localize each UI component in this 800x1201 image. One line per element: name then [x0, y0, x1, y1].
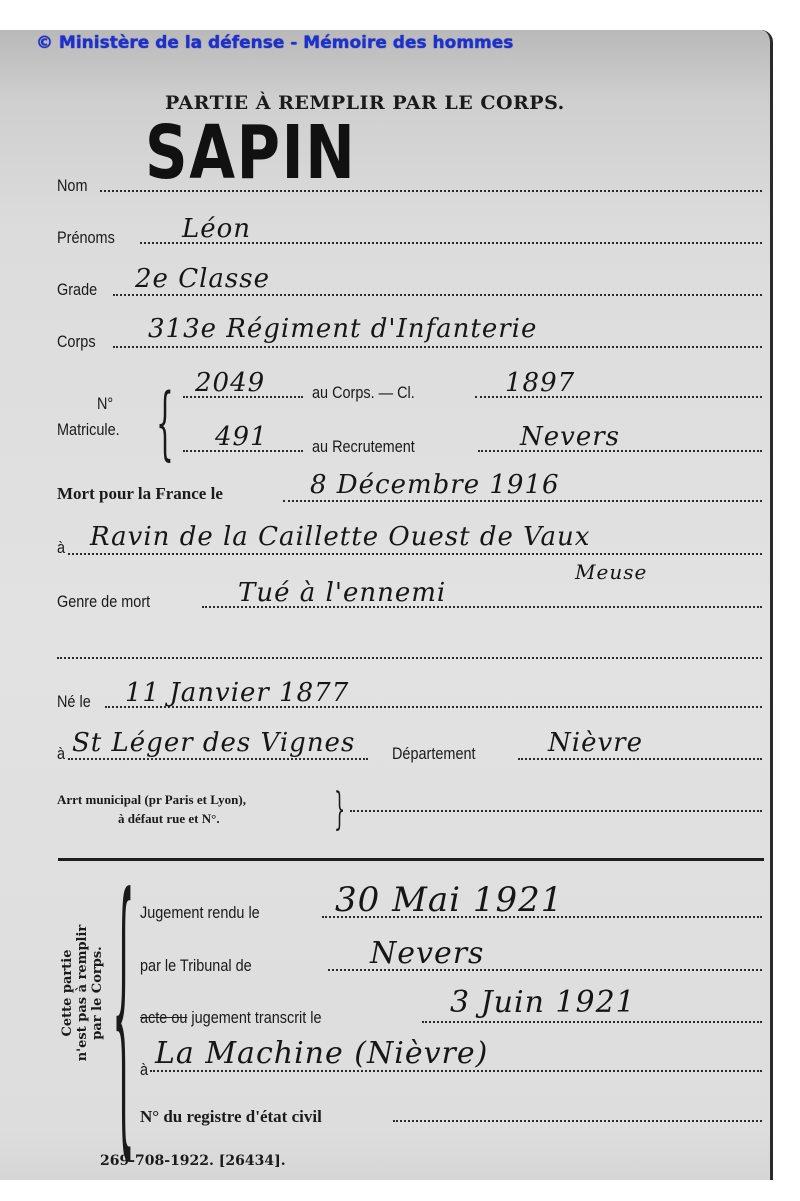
- recrutement-value: Nevers: [520, 422, 620, 452]
- transcrit-struck-text: acte ou: [140, 1008, 187, 1027]
- jugement-rendu-date: 30 Mai 1921: [335, 880, 563, 920]
- registre-line: [393, 1120, 762, 1122]
- side-note-line-1: Cette partie: [60, 908, 75, 1078]
- transcrit-label-row: acte ou jugement transcrit le: [140, 1008, 322, 1028]
- departement-value: Nièvre: [548, 728, 643, 758]
- corps-value: 313e Régiment d'Infanterie: [148, 314, 537, 344]
- naissance-lieu: St Léger des Vignes: [72, 728, 355, 758]
- genre-de-mort-label: Genre de mort: [57, 592, 150, 612]
- transcrit-line: [422, 1021, 762, 1023]
- jugement-brace: {: [112, 880, 135, 1140]
- mort-lieu-annotation: Meuse: [575, 560, 647, 584]
- naissance-date: 11 Janvier 1877: [125, 678, 349, 708]
- corps-cl-label: au Corps. — Cl.: [312, 383, 415, 403]
- transcrit-date: 3 Juin 1921: [450, 985, 636, 1020]
- prenoms-value: Léon: [182, 214, 251, 244]
- mort-lieu-label: à: [57, 538, 65, 558]
- mort-date: 8 Décembre 1916: [310, 470, 560, 500]
- prenoms-label: Prénoms: [57, 228, 115, 248]
- grade-line: [113, 294, 762, 296]
- matricule-label: Matricule.: [57, 420, 120, 440]
- form-reference-footer: 269-708-1922. [26434].: [100, 1153, 286, 1169]
- matricule-no-label: N°: [97, 394, 113, 414]
- jugement-side-note: Cette partie n'est pas à remplir par le …: [60, 908, 105, 1078]
- section-divider: [58, 858, 764, 861]
- transcrit-label: jugement transcrit le: [191, 1008, 321, 1027]
- registre-label: N° du registre d'état civil: [140, 1107, 322, 1127]
- genre-de-mort-value: Tué à l'ennemi: [238, 578, 446, 608]
- arrondissement-label-line1: Arrt municipal (pr Paris et Lyon),: [57, 792, 246, 808]
- recrutement-number: 491: [215, 422, 268, 452]
- mort-lieu: Ravin de la Caillette Ouest de Vaux: [90, 522, 590, 552]
- side-note-line-3: par le Corps.: [90, 908, 105, 1078]
- jugement-rendu-label: Jugement rendu le: [140, 903, 260, 923]
- grade-value: 2e Classe: [135, 264, 270, 294]
- mort-label: Mort pour la France le: [57, 484, 223, 504]
- copyright-watermark: © Ministère de la défense - Mémoire des …: [36, 33, 513, 53]
- tribunal-label: par le Tribunal de: [140, 956, 252, 976]
- arrondissement-label-line2: à défaut rue et N°.: [118, 811, 220, 827]
- corps-number: 2049: [195, 368, 265, 398]
- naissance-lieu-label: à: [57, 744, 65, 764]
- arrondissement-brace: }: [334, 784, 345, 835]
- surname-stamp: SAPIN: [145, 116, 356, 190]
- matricule-brace: {: [156, 376, 174, 469]
- naissance-lieu-line: [68, 758, 368, 760]
- corps-label: Corps: [57, 332, 96, 352]
- transcrit-lieu: La Machine (Nièvre): [155, 1036, 488, 1071]
- mort-lieu-line: [68, 553, 762, 555]
- genre-de-mort-line-2: [57, 657, 762, 659]
- transcrit-lieu-label: à: [140, 1060, 148, 1080]
- corps-line: [113, 346, 762, 348]
- mort-date-line: [283, 500, 762, 502]
- side-note-line-2: n'est pas à remplir: [75, 908, 90, 1078]
- nom-label: Nom: [57, 176, 88, 196]
- classe-value: 1897: [505, 368, 575, 398]
- nom-line: [100, 190, 762, 192]
- recrutement-label: au Recrutement: [312, 437, 415, 457]
- arrondissement-line: [350, 810, 762, 812]
- grade-label: Grade: [57, 280, 97, 300]
- tribunal-value: Nevers: [370, 936, 484, 971]
- naissance-label: Né le: [57, 692, 91, 712]
- departement-line: [518, 758, 762, 760]
- departement-label: Département: [392, 744, 476, 764]
